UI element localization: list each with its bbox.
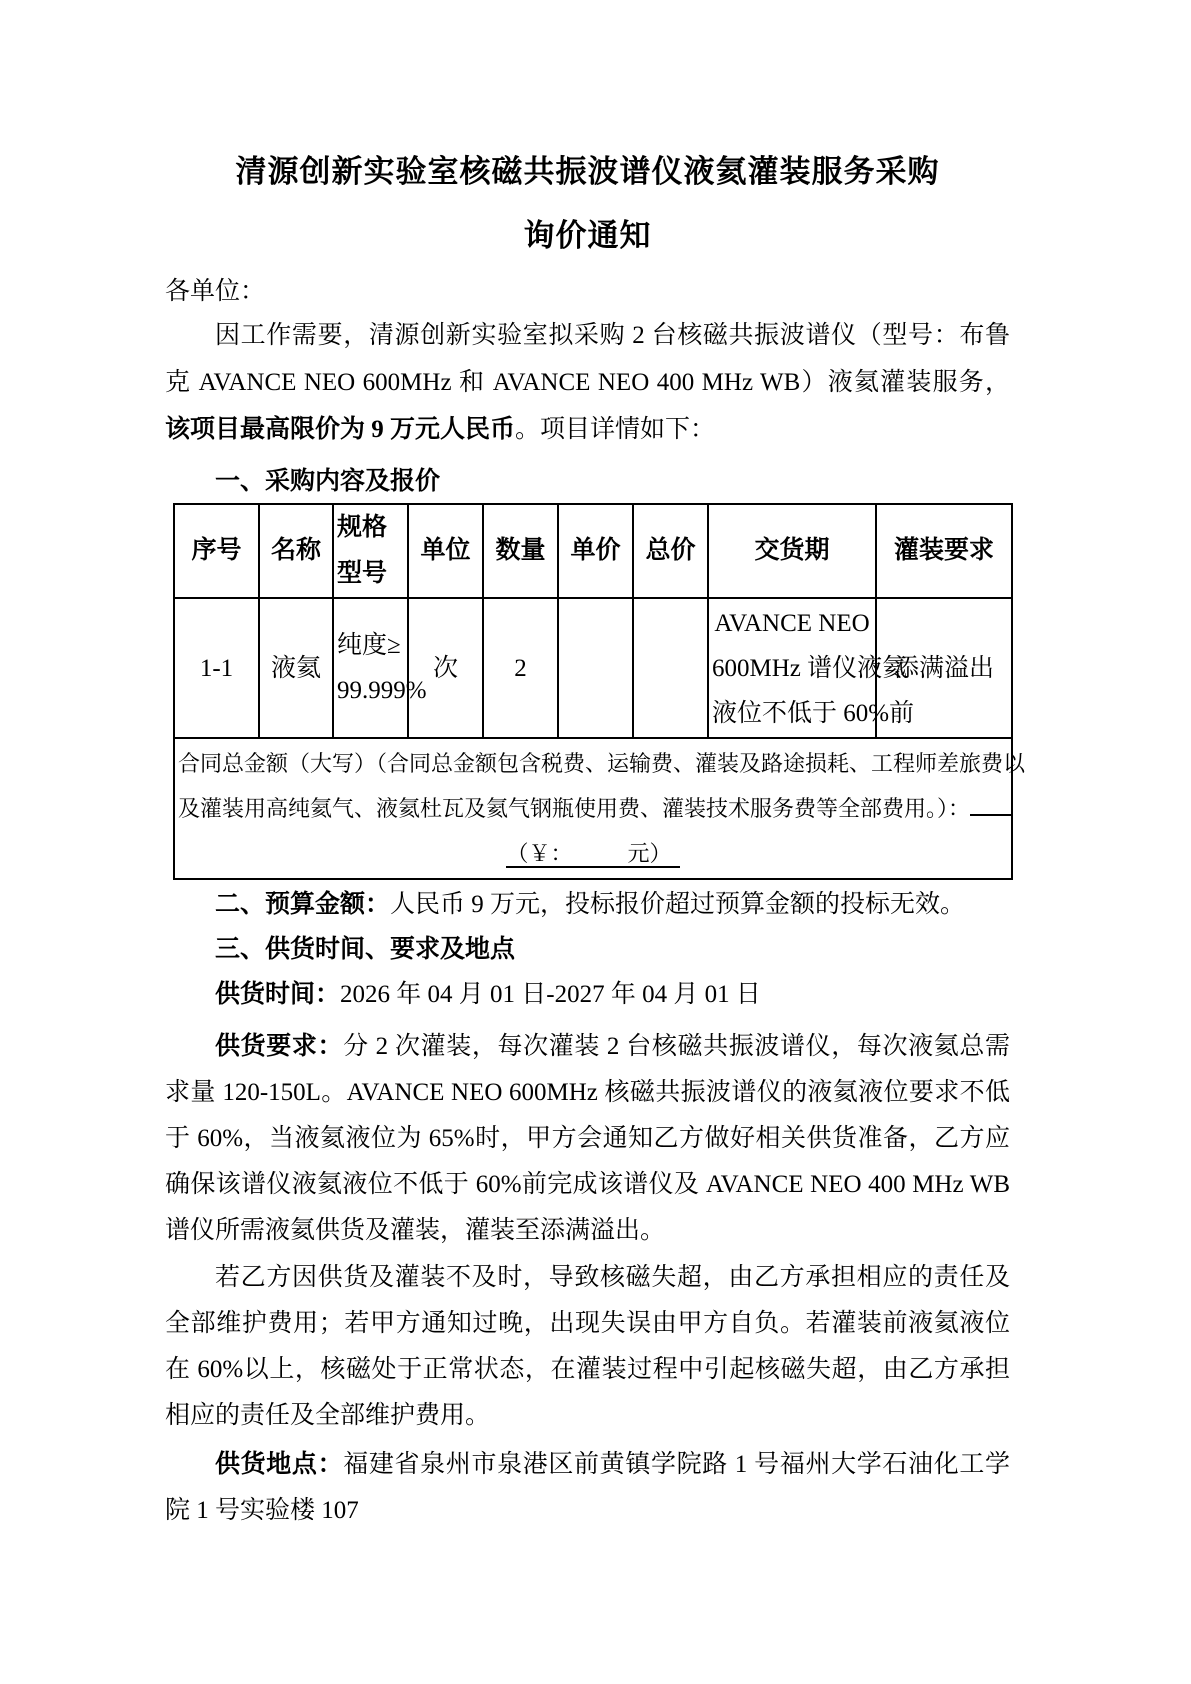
budget-label: 二、预算金额： xyxy=(215,891,390,918)
cell-total-price xyxy=(633,598,708,738)
header-qty: 数量 xyxy=(483,504,558,598)
intro-text-2: 。项目详情如下： xyxy=(515,416,715,443)
table-footer-row: 合同总金额（大写）（合同总金额包含税费、运输费、灌装及路途损耗、工程师差旅费以 … xyxy=(174,738,1012,879)
supply-location-paragraph: 供货地点：福建省泉州市泉港区前黄镇学院路 1 号福州大学石油化工学院 1 号实验… xyxy=(165,1442,1010,1534)
salutation: 各单位： xyxy=(165,269,1010,315)
cell-unit-price xyxy=(558,598,633,738)
page-subtitle: 询价通知 xyxy=(165,214,1010,258)
cell-name: 液氦 xyxy=(259,598,333,738)
supply-requirements-text: 分 2 次灌装，每次灌装 2 台核磁共振波谱仪，每次液氦总需求量 120-150… xyxy=(165,1033,1010,1244)
cell-delivery-line3: 液位不低于 60%前 xyxy=(712,691,872,736)
header-spec: 规格型号 xyxy=(333,504,408,598)
cell-seq: 1-1 xyxy=(174,598,259,738)
contract-total-line2-text: 及灌装用高纯氦气、液氦杜瓦及氦气钢瓶使用费、灌装技术服务费等全部费用。）： xyxy=(178,796,970,821)
supply-requirements-paragraph: 供货要求：分 2 次灌装，每次灌装 2 台核磁共振波谱仪，每次液氦总需求量 12… xyxy=(165,1024,1010,1254)
section-1-heading: 一、采购内容及报价 xyxy=(165,459,1010,505)
budget-text: 人民币 9 万元，投标报价超过预算金额的投标无效。 xyxy=(390,891,965,918)
contract-total-cell: 合同总金额（大写）（合同总金额包含税费、运输费、灌装及路途损耗、工程师差旅费以 … xyxy=(174,738,1012,879)
section-2-budget: 二、预算金额：人民币 9 万元，投标报价超过预算金额的投标无效。 xyxy=(165,882,1010,928)
supply-requirements-label: 供货要求： xyxy=(215,1033,343,1060)
blank-amount-underline xyxy=(970,792,1012,816)
table-data-row: 1-1 液氦 纯度≥99.999% 次 2 AVANCE NEO600MHz 谱… xyxy=(174,598,1012,738)
cell-spec: 纯度≥99.999% xyxy=(333,598,408,738)
supply-time-label: 供货时间： xyxy=(215,981,340,1008)
cell-delivery-line2: 600MHz 谱仪液氦 xyxy=(712,646,872,691)
supply-location-label: 供货地点： xyxy=(215,1451,343,1478)
intro-text-1: 因工作需要，清源创新实验室拟采购 2 台核磁共振波谱仪（型号：布鲁克 AVANC… xyxy=(165,322,1010,396)
cell-qty: 2 xyxy=(483,598,558,738)
intro-paragraph: 因工作需要，清源创新实验室拟采购 2 台核磁共振波谱仪（型号：布鲁克 AVANC… xyxy=(165,312,1010,453)
amount-figures-blank: （￥： 元） xyxy=(506,841,679,868)
header-spec-line1: 规格 xyxy=(337,505,404,551)
header-unit-price: 单价 xyxy=(558,504,633,598)
header-delivery: 交货期 xyxy=(708,504,876,598)
header-unit: 单位 xyxy=(408,504,483,598)
section-3-heading: 三、供货时间、要求及地点 xyxy=(165,927,1010,973)
document-page: 清源创新实验室核磁共振波谱仪液氦灌装服务采购 询价通知 各单位： 因工作需要，清… xyxy=(0,0,1191,1684)
page-title: 清源创新实验室核磁共振波谱仪液氦灌装服务采购 xyxy=(165,150,1010,194)
header-name: 名称 xyxy=(259,504,333,598)
liability-paragraph: 若乙方因供货及灌装不及时，导致核磁失超，由乙方承担相应的责任及全部维护费用；若甲… xyxy=(165,1255,1010,1439)
cell-spec-line1: 纯度≥ xyxy=(337,623,404,668)
cell-delivery-line1: AVANCE NEO xyxy=(712,601,872,646)
supply-time-paragraph: 供货时间：2026 年 04 月 01 日-2027 年 04 月 01 日 xyxy=(165,972,1010,1018)
header-seq: 序号 xyxy=(174,504,259,598)
cell-unit: 次 xyxy=(408,598,483,738)
header-filling: 灌装要求 xyxy=(876,504,1012,598)
procurement-table: 序号 名称 规格型号 单位 数量 单价 总价 交货期 灌装要求 1-1 液氦 纯… xyxy=(173,503,1013,880)
contract-total-line1: 合同总金额（大写）（合同总金额包含税费、运输费、灌装及路途损耗、工程师差旅费以 xyxy=(178,741,1008,786)
cell-spec-line2: 99.999% xyxy=(337,668,404,713)
supply-time-text: 2026 年 04 月 01 日-2027 年 04 月 01 日 xyxy=(340,981,761,1008)
header-total-price: 总价 xyxy=(633,504,708,598)
header-spec-line2: 型号 xyxy=(337,551,404,597)
cell-delivery: AVANCE NEO600MHz 谱仪液氦液位不低于 60%前 xyxy=(708,598,876,738)
intro-bold-limit-price: 该项目最高限价为 9 万元人民币 xyxy=(165,416,515,443)
contract-total-line3: （￥： 元） xyxy=(178,831,1008,876)
contract-total-line2: 及灌装用高纯氦气、液氦杜瓦及氦气钢瓶使用费、灌装技术服务费等全部费用。）： xyxy=(178,786,1008,831)
table-header-row: 序号 名称 规格型号 单位 数量 单价 总价 交货期 灌装要求 xyxy=(174,504,1012,598)
